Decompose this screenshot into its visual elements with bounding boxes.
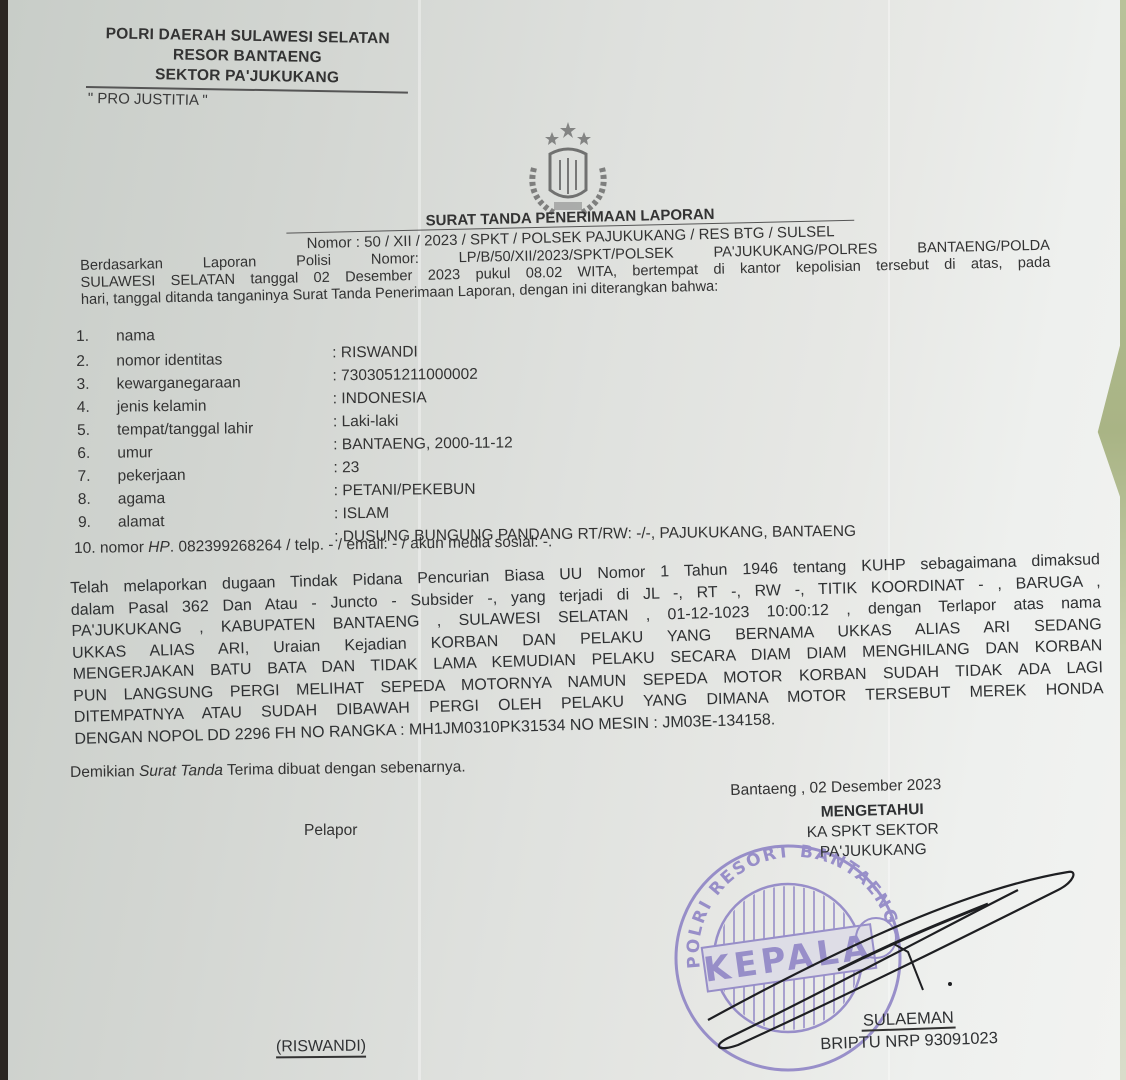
pro-justitia: " PRO JUSTITIA " xyxy=(88,90,208,109)
incident-paragraph: Telah melaporkan dugaan Tindak Pidana Pe… xyxy=(70,549,1104,750)
closing-text: Demikian xyxy=(70,763,139,781)
closing-text: Terima dibuat dengan sebenarnya. xyxy=(223,758,466,778)
field-number: 7. xyxy=(77,468,111,486)
contact-label-hp: HP xyxy=(148,539,170,556)
field-label: tempat/tanggal lahir xyxy=(117,420,253,439)
intro-paragraph: Berdasarkan Laporan Polisi Nomor: LP/B/5… xyxy=(80,238,1051,309)
field-number: 9. xyxy=(78,514,112,532)
field-number: 6. xyxy=(77,445,111,463)
reporter-name: (RISWANDI) xyxy=(276,1038,366,1059)
field-number: 1. xyxy=(76,328,110,346)
field-number: 8. xyxy=(78,491,112,509)
field-number: 4. xyxy=(77,399,111,417)
closing-statement: Demikian Surat Tanda Terima dibuat denga… xyxy=(70,758,466,782)
field-label: pekerjaan xyxy=(117,467,185,486)
contact-values: . 082399268264 / telp. - / email: - / ak… xyxy=(170,533,553,555)
closing-text-italic: Surat Tanda xyxy=(139,762,223,780)
field-label: nomor identitas xyxy=(116,351,222,370)
document-paper: POLRI DAERAH SULAWESI SELATAN RESOR BANT… xyxy=(8,0,1120,1080)
field-label: nama xyxy=(116,327,155,345)
place-date: Bantaeng , 02 Desember 2023 xyxy=(730,776,942,800)
field-label: umur xyxy=(117,444,153,462)
field-label: jenis kelamin xyxy=(117,398,207,417)
field-label: kewarganegaraan xyxy=(116,374,240,393)
field-number: 5. xyxy=(77,422,111,440)
reporter-fields: 1. nama : RISWANDI 2. nomor identitas : … xyxy=(76,321,978,537)
officer-signatory: SULAEMAN BRIPTU NRP 93091023 xyxy=(798,1004,1019,1056)
field-number: 2. xyxy=(76,353,110,371)
contact-label: nomor xyxy=(100,539,148,557)
reporter-label: Pelapor xyxy=(304,822,357,840)
polri-emblem-icon xyxy=(516,118,620,220)
officer-title-block: MENGETAHUI KA SPKT SEKTOR PA'JUKUKANG xyxy=(772,799,974,864)
contact-row: 10. nomor HP. 082399268264 / telp. - / e… xyxy=(74,533,552,558)
field-number: 10. xyxy=(74,540,96,557)
letterhead-line: SEKTOR PA'JUKUKANG xyxy=(87,64,407,90)
field-number: 3. xyxy=(76,376,110,394)
field-label: alamat xyxy=(118,513,165,531)
letterhead: POLRI DAERAH SULAWESI SELATAN RESOR BANT… xyxy=(87,24,408,90)
field-label: agama xyxy=(118,490,166,508)
